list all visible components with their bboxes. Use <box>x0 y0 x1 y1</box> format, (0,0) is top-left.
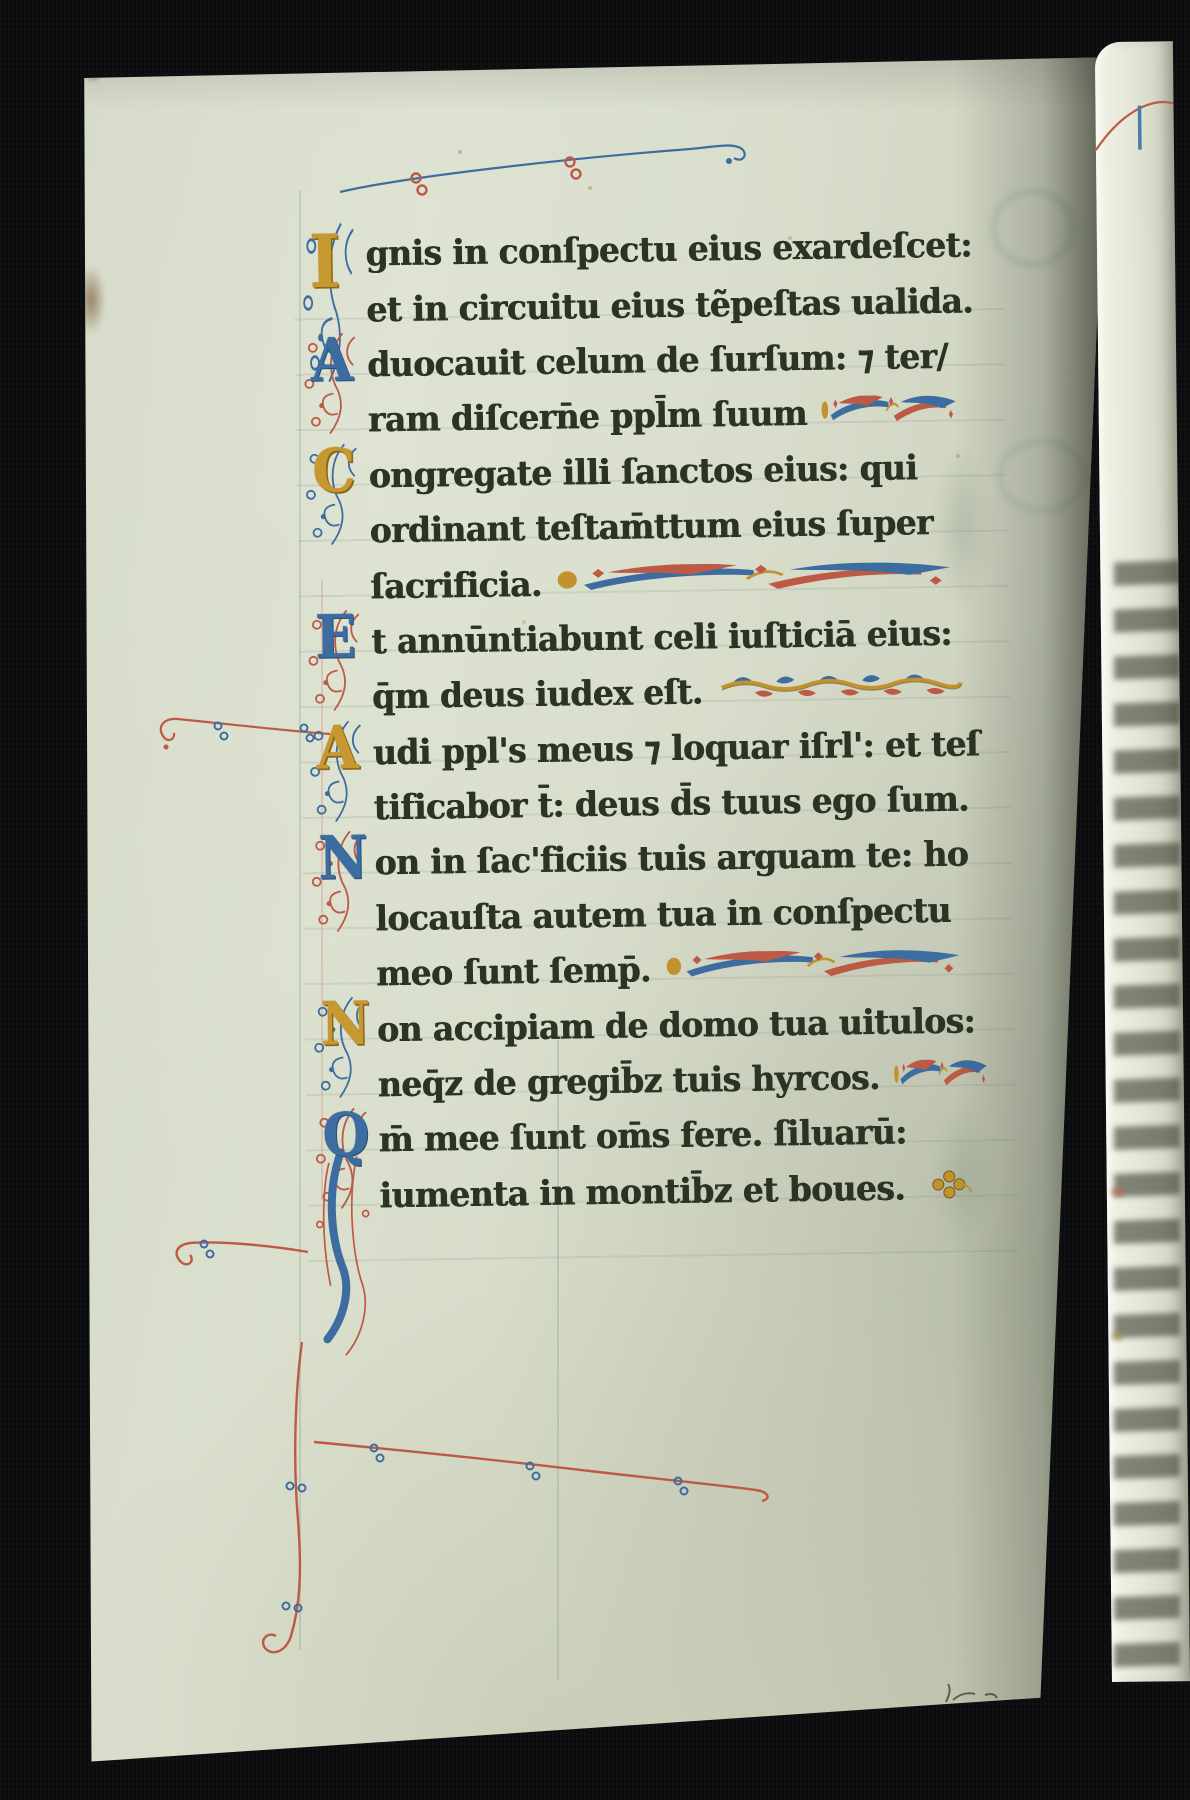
line-text: m̄ mee ſunt om̄s fere. ſiluarū: <box>378 1112 907 1160</box>
photograph-backdrop: Ignis in conſpectu eius exardeſcet:et in… <box>0 0 1190 1800</box>
manuscript-text-line: locauſta autem tua in conſpectu <box>375 882 968 946</box>
manuscript-text-line: Qm̄ mee ſunt om̄s fere. ſiluarū: <box>378 1103 971 1167</box>
manuscript-text-line: Non in ſac'ficiis tuis arguam te: ho <box>374 826 967 890</box>
line-text: on in ſac'ficiis tuis arguam te: ho <box>374 834 968 883</box>
initial-letter: N <box>318 822 368 893</box>
line-text: duocauit celum de ſurſum: ⁊ ter/ <box>367 336 948 385</box>
illuminated-initial: E <box>305 608 370 673</box>
manuscript-text-line: ordinant teſtam̄ttum eius ſuper <box>369 494 962 558</box>
initial-letter: E <box>315 601 357 672</box>
manuscript-text-line: Ignis in conſpectu eius exardeſcet: <box>365 217 958 281</box>
manuscript-text-line: q̄m deus iudex eſt. <box>372 660 965 724</box>
line-text: gnis in conſpectu eius exardeſcet: <box>365 224 972 274</box>
manuscript-text-line: et in circuitu eius tẽpeſtas ualida. <box>366 273 959 337</box>
illuminated-initial: C <box>302 442 367 507</box>
line-text: neq̄z de gregib̄z tuis hyrcos. <box>377 1057 880 1105</box>
illuminated-initial: N <box>308 829 373 894</box>
line-text: q̄m deus iudex eſt. <box>372 672 703 717</box>
pen-flourish-top <box>340 146 745 192</box>
line-text: meo ſunt ſemp̄. <box>376 949 651 994</box>
line-text: udi ppl's meus ⁊ loquar iſrl': et teſ <box>373 723 980 773</box>
manuscript-text-line: Aduocauit celum de ſurſum: ⁊ ter/ <box>367 328 960 392</box>
line-filler-ornament <box>716 671 964 701</box>
initial-letter: C <box>312 435 356 506</box>
line-filler-ornament <box>555 560 962 592</box>
manuscript-text-line: ram diſcern̄e ppl̄m ſuum <box>367 383 960 447</box>
gutter-shadow <box>954 40 1114 1765</box>
illuminated-initial: N <box>310 995 375 1060</box>
line-text: ongregate illi ſanctos eius: qui <box>368 447 917 496</box>
manuscript-text-line: Congregate illi ſanctos eius: qui <box>368 439 961 503</box>
line-text: t annūntiabunt celi iuſticiā eius: <box>371 612 952 661</box>
illuminated-initial: A <box>301 331 366 396</box>
next-leaf-pen-marks <box>1095 53 1175 204</box>
initial-letter: A <box>310 324 353 395</box>
illuminated-initial: Q <box>312 1106 377 1171</box>
illuminated-initial: A <box>306 718 371 783</box>
next-leaf-ornament-bleed <box>1111 1332 1123 1341</box>
manuscript-text-line: tificabor t̄: deus d̄s tuus ego ſum. <box>373 771 966 835</box>
next-leaf-ornament-bleed <box>1111 1187 1125 1197</box>
manuscript-page: Ignis in conſpectu eius exardeſcet:et in… <box>78 40 1114 1765</box>
initial-letter: Q <box>322 1099 370 1170</box>
line-text: locauſta autem tua in conſpectu <box>375 889 951 938</box>
line-text: ordinant teſtam̄ttum eius ſuper <box>369 502 933 551</box>
initial-letter: N <box>320 988 370 1059</box>
line-filler-ornament <box>664 948 968 978</box>
line-filler-ornament <box>821 394 960 422</box>
manuscript-text-line: Audi ppl's meus ⁊ loquar iſrl': et teſ <box>372 716 965 780</box>
line-text: iumenta in montib̄z et boues. <box>379 1167 905 1215</box>
text-block: Ignis in conſpectu eius exardeſcet:et in… <box>365 217 972 1223</box>
initial-letter: A <box>316 711 359 782</box>
illuminated-initial: I <box>299 220 364 285</box>
initial-tail-penwork <box>311 1152 378 1358</box>
manuscript-text-line: Non accipiam de domo tua uitulos: <box>377 993 970 1057</box>
manuscript-text-line: Et annūntiabunt celi iuſticiā eius: <box>371 605 964 669</box>
next-leaf-blurred-text <box>1114 547 1180 1677</box>
manuscript-text-line: neq̄z de gregib̄z tuis hyrcos. <box>377 1048 970 1112</box>
manuscript-text-line: iumenta in montib̄z et boues. <box>379 1159 972 1223</box>
initial-letter: I <box>309 218 341 304</box>
line-text: ſacrificia. <box>370 563 542 606</box>
line-text: et in circuitu eius tẽpeſtas ualida. <box>366 280 973 330</box>
pen-flourish-bottom-dots <box>201 1241 688 1612</box>
line-text: tificabor t̄: deus d̄s tuus ego ſum. <box>373 778 969 827</box>
pen-flourish-bottom <box>177 1242 768 1652</box>
manuscript-text-line: ſacrificia. <box>370 550 963 614</box>
manuscript-text-line: meo ſunt ſemp̄. <box>376 937 969 1001</box>
next-leaf-edge <box>1095 41 1190 1682</box>
line-text: on accipiam de domo tua uitulos: <box>377 1000 976 1049</box>
line-text: ram diſcern̄e ppl̄m ſuum <box>368 393 807 440</box>
